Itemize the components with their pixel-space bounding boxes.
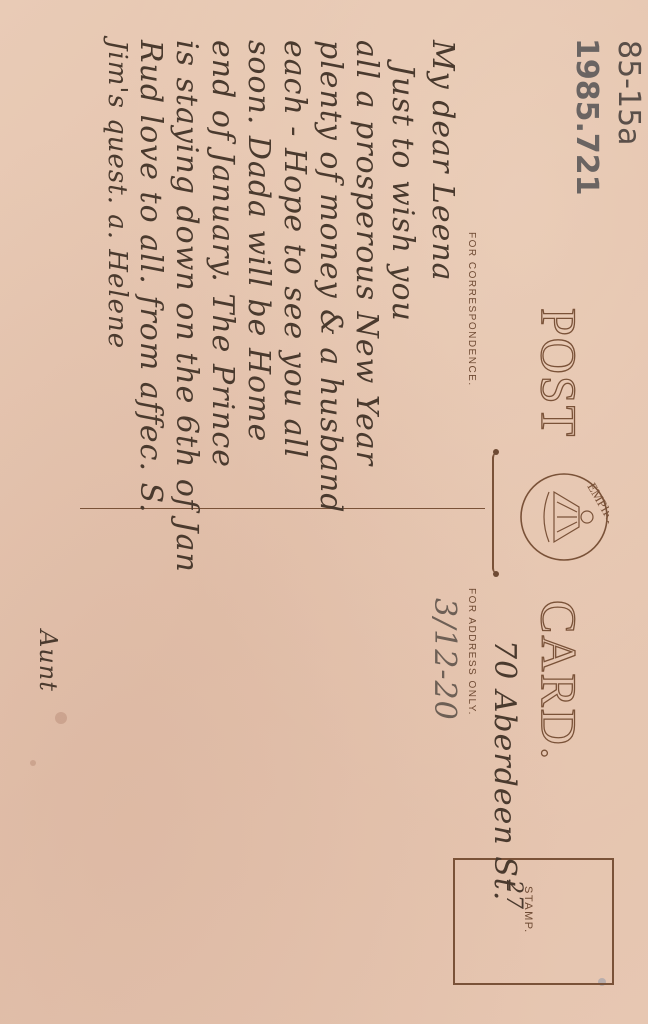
address-label: FOR ADDRESS ONLY.	[466, 588, 477, 716]
archive-mark-2: 1985.721	[569, 38, 604, 196]
correspondence-label: FOR CORRESPONDENCE.	[466, 232, 477, 387]
letter-line-8: is staying down on the 6th of Jan	[169, 40, 204, 573]
archive-mark-1: 85-15a	[611, 40, 646, 146]
letter-line-9: Rud love to all. from affec. S.	[133, 40, 168, 514]
card-heading: CARD.	[530, 600, 588, 761]
letter-line-10: Jim's quest. a. Helene	[102, 40, 132, 349]
letter-line-5: each - Hope to see you all	[277, 40, 312, 459]
letter-line-6: soon. Dada will be Home	[241, 40, 276, 442]
divider-bracket	[492, 452, 502, 574]
letter-line-3: all a prosperous New Year	[349, 40, 384, 466]
svg-text:EMPIRE: EMPIRE	[584, 480, 609, 529]
address-date: 3/12-20	[427, 598, 462, 721]
postcard-back: 85-15a 1985.721 POST CARD. FOR CORRESPON…	[0, 0, 648, 1024]
address-line: 70 Aberdeen St.	[487, 640, 522, 901]
stain	[55, 712, 67, 724]
post-heading: POST	[530, 308, 588, 438]
letter-signature: Aunt	[34, 630, 62, 692]
empire-seal-icon: EMPIRE	[519, 472, 609, 562]
letter-line-2: Just to wish you	[385, 64, 420, 322]
letter-line-1: My dear Leena	[425, 40, 460, 282]
letter-line-7: end of January. The Prince	[205, 40, 240, 468]
stamp-note: 27	[501, 880, 526, 910]
stain	[30, 760, 36, 766]
letter-line-4: plenty of money & a husband	[313, 40, 348, 514]
